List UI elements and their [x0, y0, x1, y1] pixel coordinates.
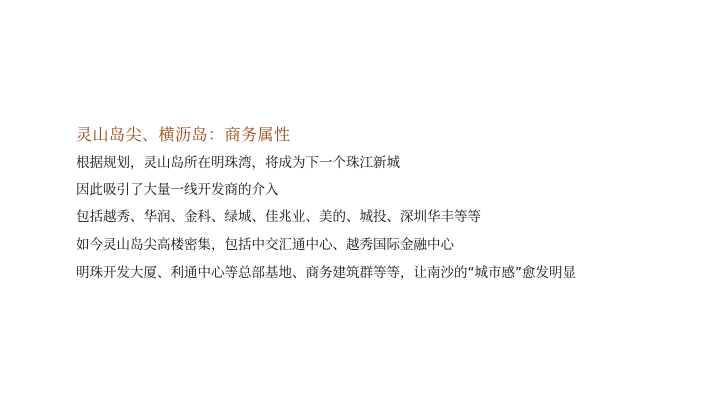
- body-line-2: 因此吸引了大量一线开发商的介入: [76, 180, 279, 200]
- body-line-3: 包括越秀、华润、金科、绿城、佳兆业、美的、城投、深圳华丰等等: [76, 207, 481, 227]
- slide-title: 灵山岛尖、横沥岛：商务属性: [76, 124, 291, 146]
- body-line-4: 如今灵山岛尖高楼密集，包括中交汇通中心、越秀国际金融中心: [76, 235, 454, 255]
- body-line-1: 根据规划，灵山岛所在明珠湾，将成为下一个珠江新城: [76, 153, 400, 173]
- slide: 灵山岛尖、横沥岛：商务属性 根据规划，灵山岛所在明珠湾，将成为下一个珠江新城 因…: [0, 0, 720, 405]
- body-line-5: 明珠开发大厦、利通中心等总部基地、商务建筑群等等，让南沙的“城市感”愈发明显: [76, 263, 576, 283]
